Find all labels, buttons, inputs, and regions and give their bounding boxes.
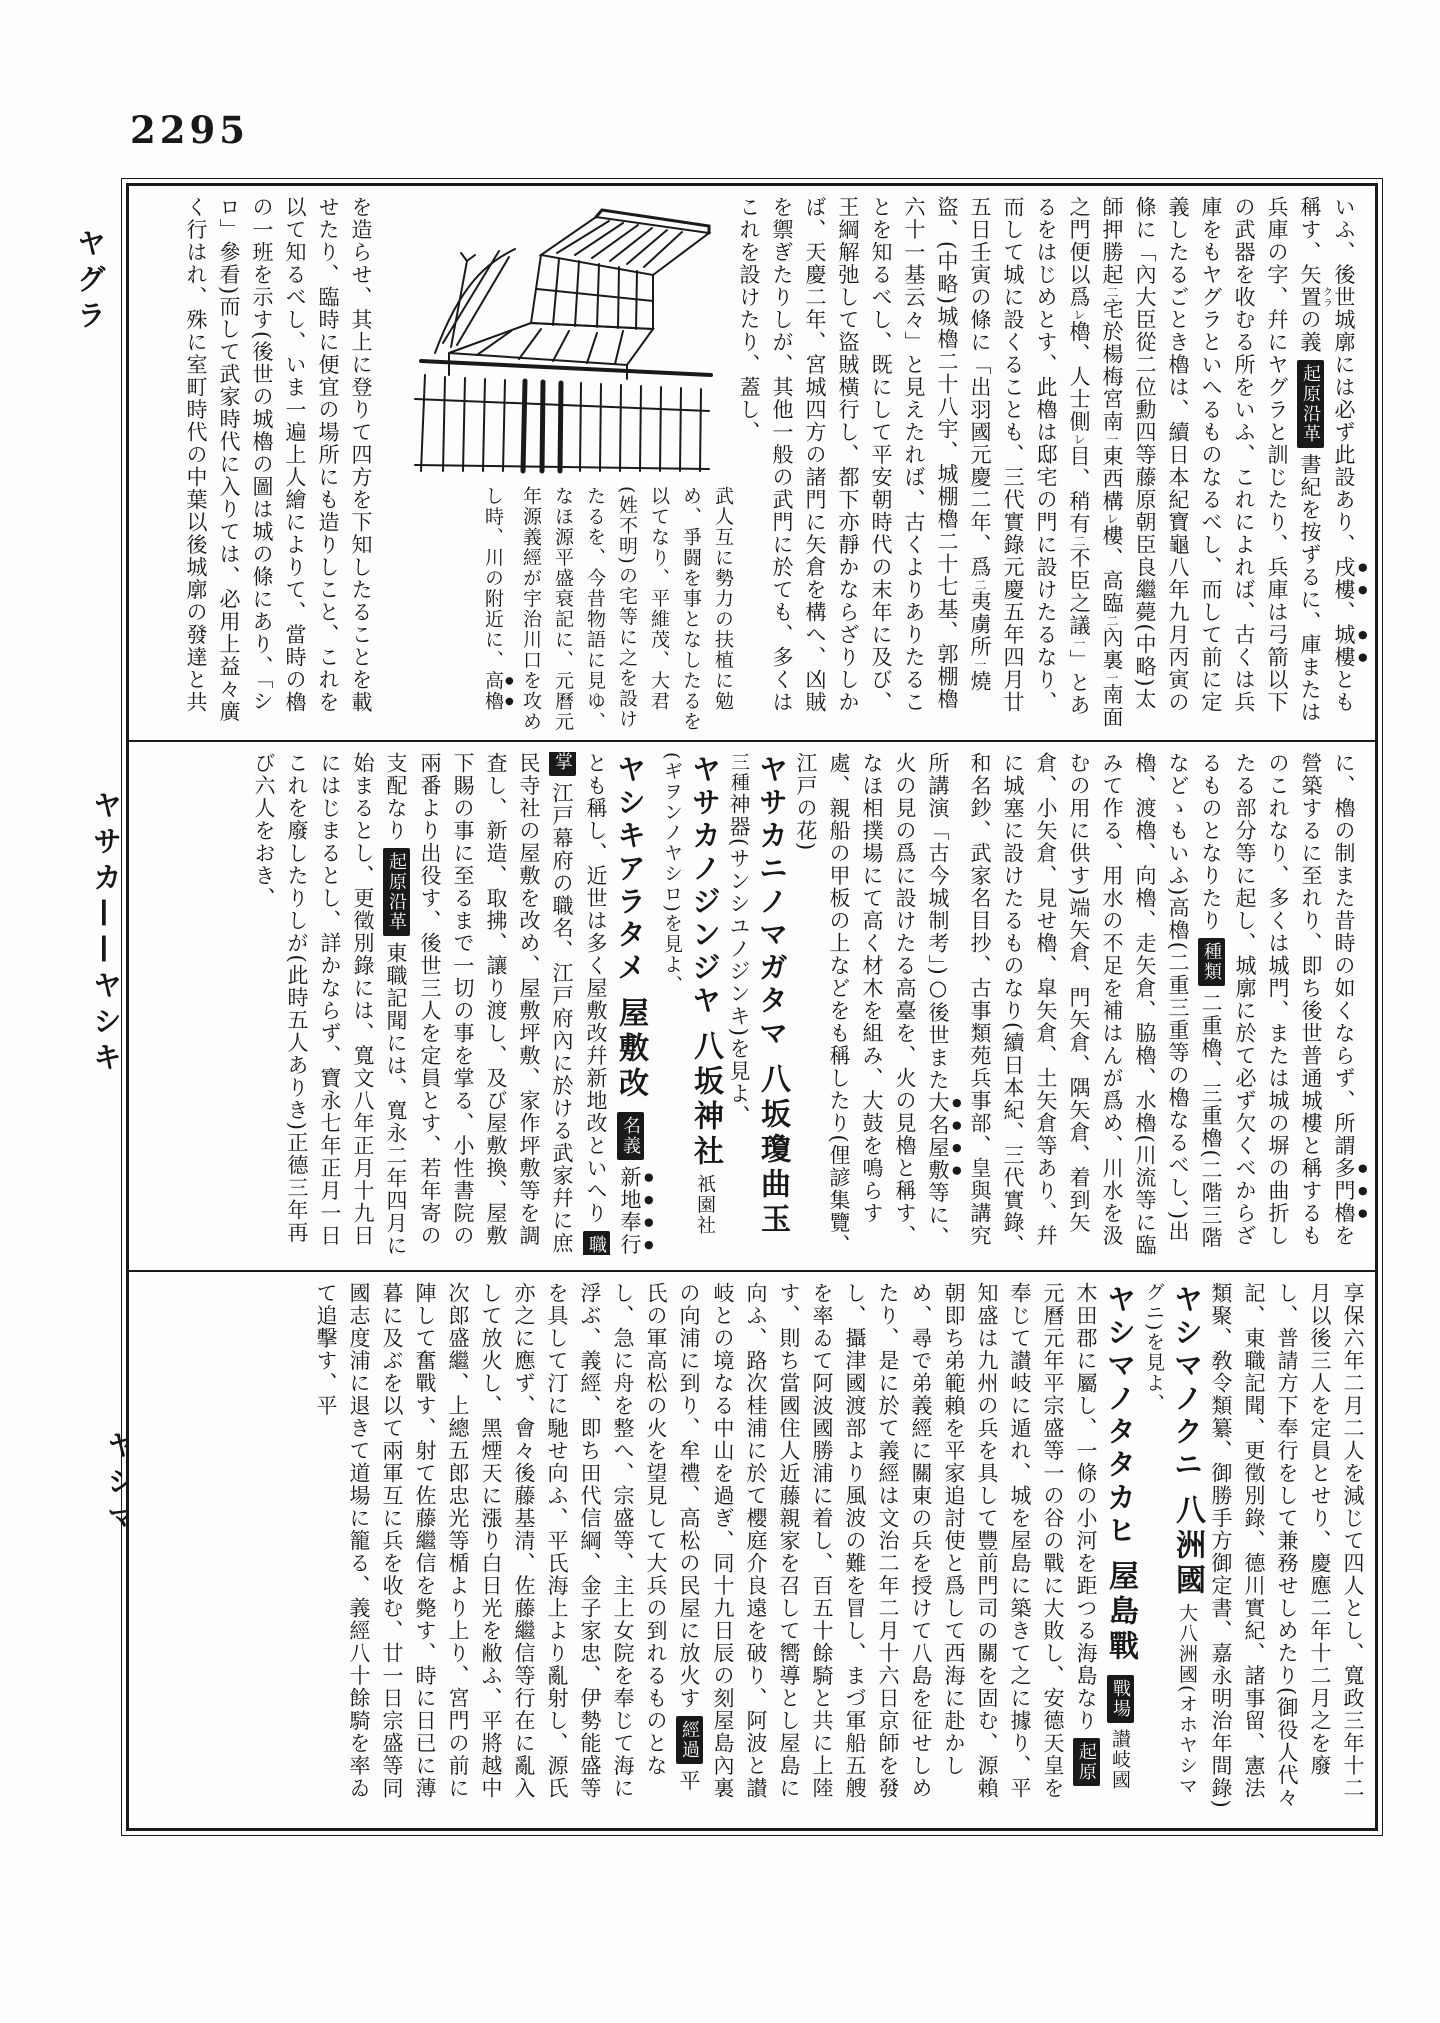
emphasized-text: 新地奉行 <box>618 1166 642 1256</box>
body-text: 享保六年二月二人を減じて四人とし、寬政三年十二月以後三人を定員とせり、慶應二年十… <box>1209 1282 1365 1809</box>
body-text: 元曆元年平宗盛等一の谷の戰に大敗し、安德天皇を奉じて讃岐に遁れ、城を屋島に築きて… <box>677 1282 1065 1800</box>
page-content-border-box: いふ、後世城廓には必ず此設あり、戌樓、城樓とも稱す、矢置クラの義起原沿革書紀を按… <box>126 183 1378 1831</box>
article-band-yasaka-yashiki: に、櫓の制また昔時の如くならず、所謂多門櫓を營築するに至れり、即ち後世普通城樓と… <box>129 742 1375 1272</box>
headword: ヤサカニノマガタマ <box>755 754 789 1051</box>
kanbun-mark: 一 <box>973 658 987 670</box>
scanned-encyclopedia-page: 2295 ヤグラ ヤサカ——ヤシキ ヤシマ いふ、後世城廓には必ず此設あり、戌樓… <box>0 0 1440 2023</box>
body-text: 武人互に勢力の扶植に勉め、爭闘を事となしたるを以てなり、平維茂、大君(姓不明)の… <box>482 486 734 732</box>
section-label: 起原沿革 <box>1297 360 1324 448</box>
page-number: 2295 <box>130 108 249 152</box>
body-text: の義 <box>1298 309 1322 354</box>
article-band-yagura: いふ、後世城廓には必ず此設あり、戌樓、城樓とも稱す、矢置クラの義起原沿革書紀を按… <box>129 186 1375 742</box>
body-text: 樓、高臨 <box>1100 525 1124 615</box>
kanbun-mark: 一 <box>1105 672 1119 684</box>
yagura-article-text-below-image: 武人互に勢力の扶植に勉め、爭闘を事となしたるを以てなり、平維茂、大君(姓不明)の… <box>381 486 739 732</box>
body-text: とも稱し、近世は多く屋敷改幷新地改といへり <box>584 752 608 1225</box>
body-text: 神器(サンシユノジンキ)を見よ、 <box>727 793 751 1127</box>
headword: ヤサカノジンジヤ <box>688 754 722 1018</box>
section-label: 種類 <box>1198 938 1225 986</box>
article-band-yashima: 享保六年二月二人を減じて四人とし、寬政三年十二月以後三人を定員とせり、慶應二年十… <box>129 1272 1375 1818</box>
ruby-annotated-text: 置クラ <box>1298 286 1322 309</box>
body-text: 東西構 <box>1100 445 1124 513</box>
headword: ヤシマノタタカヒ <box>1103 1284 1137 1548</box>
kanbun-mark: 二 <box>1105 286 1119 298</box>
body-text: 不臣之議 <box>1067 547 1091 637</box>
yagura-article-text-right: いふ、後世城廓には必ず此設あり、戌樓、城樓とも稱す、矢置クラの義起原沿革書紀を按… <box>725 196 1369 732</box>
body-text: 平氏の軍高松の火を望見して大兵の到れるものとなし、急に舟を整へ、宗盛等、主上女院… <box>314 1282 701 1800</box>
emphasized-text: 高櫓 <box>482 671 504 712</box>
margin-index-label-yagura: ヤグラ <box>70 228 111 336</box>
body-text: 木田郡に屬し、一條の小河を距つる海島なり <box>1074 1282 1098 1732</box>
body-text: 內裏 <box>1100 627 1124 672</box>
emphasized-text: 大名屋敷 <box>926 1092 950 1182</box>
kanbun-mark: 二 <box>1072 535 1086 547</box>
emphasized-text: 多門櫓 <box>1332 1157 1356 1225</box>
headword-kanji: 屋敷改 <box>613 997 648 1102</box>
yagura-article-text-left: を造らせ、其上に登りて四方を下知したることを載せたり、臨時に便宜の場所にも造りし… <box>139 196 377 732</box>
kanbun-mark: レ <box>1072 309 1086 321</box>
headword-kanji: 八坂瓊曲玉 <box>755 1063 790 1238</box>
body-text: いふ、後世城廓には必ず此設あり、 <box>1332 196 1356 556</box>
headword: ヤシマノクニ <box>1170 1284 1204 1482</box>
section-label: 起原 <box>1073 1738 1100 1786</box>
emphasized-text: 戌樓、城樓 <box>1332 556 1356 669</box>
body-text: 櫓、人士側 <box>1067 321 1091 434</box>
headword-kanji: 八坂神社 <box>688 1030 723 1170</box>
kanbun-mark: 二 <box>973 579 987 591</box>
headword-kanji: 八洲國 <box>1170 1494 1205 1599</box>
body-text: 目、稍有 <box>1067 445 1091 535</box>
body-text: 書紀を按ずるに、庫または兵庫の字、幷にヤグラと訓じたり、兵庫は弓箭以下の武器を收… <box>1100 196 1322 724</box>
body-text: に、櫓の制また昔時の如くならず、所謂 <box>1332 752 1356 1157</box>
body-text: 燒盜、(中略)城櫓二十八宇、城棚櫓二十七基、郭棚櫓六十一基云々」と見えたれば、古… <box>737 196 992 714</box>
body-text: 夷虜所 <box>968 591 992 659</box>
section-label: 戰場 <box>1107 1675 1134 1723</box>
section-label: 經過 <box>676 1716 703 1764</box>
kanbun-mark: レ <box>1072 433 1086 445</box>
headword-sub-text: 讃岐國 <box>1109 1729 1131 1791</box>
yagura-watchtower-illustration <box>391 200 721 476</box>
headword-kanji: 屋島戰 <box>1103 1560 1138 1665</box>
section-label: 名義 <box>617 1112 644 1160</box>
headword-sub-text: 三種 <box>728 752 750 793</box>
yasaka-yashiki-articles-text: に、櫓の制また昔時の如くならず、所謂多門櫓を營築するに至れり、即ち後世普通城樓と… <box>137 752 1369 1262</box>
section-label: 起原沿革 <box>383 848 410 936</box>
yashima-articles-text: 享保六年二月二人を減じて四人とし、寬政三年十二月以後三人を定員とせり、慶應二年十… <box>137 1282 1369 1810</box>
kanbun-mark: 二 <box>1105 615 1119 627</box>
body-text: 江戸幕府の職名、江戸府內に於ける武家幷に庶民寺社の屋敷を改め、屋敷坪敷、家作坪敷… <box>384 752 574 1255</box>
kanbun-mark: レ <box>1105 513 1119 525</box>
body-text: を造らせ、其上に登りて四方を下知したることを載せたり、臨時に便宜の場所にも造りし… <box>184 196 373 723</box>
kanbun-mark: 一 <box>1072 637 1086 649</box>
headword: ヤシキアラタメ <box>613 754 647 985</box>
body-text: 二重櫓、三重櫓(二階三階などゝもいふ)高櫓(二重三重等の櫓なるべし、)出櫓、渡櫓… <box>926 752 1223 1257</box>
body-text: 宅於楊梅宮南 <box>1100 298 1124 433</box>
margin-index-label-yasaka-yashiki: ヤサカ——ヤシキ <box>86 790 127 1078</box>
kanbun-mark: 一 <box>1105 433 1119 445</box>
